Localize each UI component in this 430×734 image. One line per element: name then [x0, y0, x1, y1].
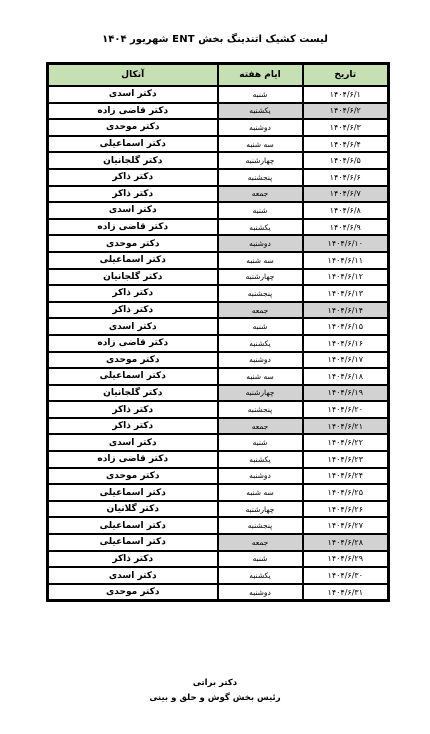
oncall-cell: دکتر موحدی — [48, 584, 218, 601]
weekday-cell: جمعه — [218, 418, 303, 435]
schedule-table-body: ۱۴۰۴/۶/۱شنبهدکتر اسدی۱۴۰۴/۶/۲یکشنبهدکتر … — [48, 86, 389, 601]
date-cell: ۱۴۰۴/۶/۳۱ — [303, 584, 389, 601]
weekday-cell: سه شنبه — [218, 252, 303, 269]
oncall-cell: دکتر ذاکر — [48, 551, 218, 568]
weekday-cell: دوشنبه — [218, 235, 303, 252]
date-cell: ۱۴۰۴/۶/۲۸ — [303, 534, 389, 551]
weekday-cell: دوشنبه — [218, 119, 303, 136]
date-cell: ۱۴۰۴/۶/۳۰ — [303, 567, 389, 584]
signature-name: دکتر براتی — [0, 676, 430, 691]
date-cell: ۱۴۰۴/۶/۱۱ — [303, 252, 389, 269]
schedule-table: تاریخ ایام هفته آنکال ۱۴۰۴/۶/۱شنبهدکتر ا… — [46, 62, 390, 602]
weekday-cell: سه شنبه — [218, 136, 303, 153]
date-cell: ۱۴۰۴/۶/۱۹ — [303, 385, 389, 402]
date-cell: ۱۴۰۴/۶/۲۳ — [303, 451, 389, 468]
weekday-cell: چهارشنبه — [218, 152, 303, 169]
table-row: ۱۴۰۴/۶/۱۹چهارشنبهدکتر گلجانیان — [48, 385, 389, 402]
oncall-cell: دکتر قاضی زاده — [48, 103, 218, 120]
weekday-cell: شنبه — [218, 434, 303, 451]
weekday-cell: یکشنبه — [218, 451, 303, 468]
oncall-cell: دکتر اسدی — [48, 567, 218, 584]
oncall-cell: دکتر اسماعیلی — [48, 252, 218, 269]
table-row: ۱۴۰۴/۶/۱۸سه شنبهدکتر اسماعیلی — [48, 368, 389, 385]
date-cell: ۱۴۰۴/۶/۶ — [303, 169, 389, 186]
oncall-cell: دکتر ذاکر — [48, 401, 218, 418]
date-cell: ۱۴۰۴/۶/۱۳ — [303, 285, 389, 302]
table-row: ۱۴۰۴/۶/۲۳یکشنبهدکتر قاضی زاده — [48, 451, 389, 468]
table-row: ۱۴۰۴/۶/۲۲شنبهدکتر اسدی — [48, 434, 389, 451]
table-row: ۱۴۰۴/۶/۱۵شنبهدکتر اسدی — [48, 318, 389, 335]
table-row: ۱۴۰۴/۶/۳۱دوشنبهدکتر موحدی — [48, 584, 389, 601]
date-cell: ۱۴۰۴/۶/۸ — [303, 202, 389, 219]
table-row: ۱۴۰۴/۶/۲۰پنجشنبهدکتر ذاکر — [48, 401, 389, 418]
table-row: ۱۴۰۴/۶/۲۶چهارشنبهدکتر گلانیان — [48, 501, 389, 518]
oncall-cell: دکتر موحدی — [48, 235, 218, 252]
weekday-cell: پنجشنبه — [218, 169, 303, 186]
oncall-cell: دکتر قاضی زاده — [48, 451, 218, 468]
oncall-cell: دکتر ذاکر — [48, 169, 218, 186]
table-row: ۱۴۰۴/۶/۲۷پنجشنبهدکتر اسماعیلی — [48, 517, 389, 534]
date-cell: ۱۴۰۴/۶/۱۴ — [303, 302, 389, 319]
date-cell: ۱۴۰۴/۶/۵ — [303, 152, 389, 169]
oncall-cell: دکتر اسماعیلی — [48, 484, 218, 501]
date-cell: ۱۴۰۴/۶/۷ — [303, 186, 389, 203]
date-cell: ۱۴۰۴/۶/۲۵ — [303, 484, 389, 501]
oncall-cell: دکتر قاضی زاده — [48, 335, 218, 352]
document-title: لیست کشیک اتندینگ بخش ENT شهریور ۱۴۰۴ — [0, 34, 430, 45]
table-row: ۱۴۰۴/۶/۱۴جمعهدکتر ذاکر — [48, 302, 389, 319]
oncall-cell: دکتر اسماعیلی — [48, 517, 218, 534]
date-cell: ۱۴۰۴/۶/۲۷ — [303, 517, 389, 534]
oncall-cell: دکتر اسدی — [48, 434, 218, 451]
document-page: لیست کشیک اتندینگ بخش ENT شهریور ۱۴۰۴ تا… — [0, 0, 430, 734]
table-row: ۱۴۰۴/۶/۲۹شنبهدکتر ذاکر — [48, 551, 389, 568]
oncall-cell: دکتر ذاکر — [48, 302, 218, 319]
date-cell: ۱۴۰۴/۶/۲۱ — [303, 418, 389, 435]
oncall-cell: دکتر گلجانیان — [48, 269, 218, 286]
oncall-cell: دکتر موحدی — [48, 468, 218, 485]
oncall-cell: دکتر گلجانیان — [48, 152, 218, 169]
weekday-cell: شنبه — [218, 202, 303, 219]
weekday-cell: دوشنبه — [218, 584, 303, 601]
weekday-cell: دوشنبه — [218, 468, 303, 485]
oncall-cell: دکتر اسماعیلی — [48, 368, 218, 385]
signature-block: دکتر براتی رئیس بخش گوش و حلق و بینی — [0, 676, 430, 706]
weekday-cell: شنبه — [218, 318, 303, 335]
date-cell: ۱۴۰۴/۶/۲۹ — [303, 551, 389, 568]
table-row: ۱۴۰۴/۶/۵چهارشنبهدکتر گلجانیان — [48, 152, 389, 169]
weekday-cell: شنبه — [218, 551, 303, 568]
date-cell: ۱۴۰۴/۶/۳ — [303, 119, 389, 136]
table-row: ۱۴۰۴/۶/۱شنبهدکتر اسدی — [48, 86, 389, 103]
weekday-cell: سه شنبه — [218, 484, 303, 501]
table-row: ۱۴۰۴/۶/۶پنجشنبهدکتر ذاکر — [48, 169, 389, 186]
table-header-row: تاریخ ایام هفته آنکال — [48, 64, 389, 87]
oncall-cell: دکتر ذاکر — [48, 285, 218, 302]
table-row: ۱۴۰۴/۶/۱۱سه شنبهدکتر اسماعیلی — [48, 252, 389, 269]
date-cell: ۱۴۰۴/۶/۲۴ — [303, 468, 389, 485]
weekday-cell: چهارشنبه — [218, 385, 303, 402]
oncall-cell: دکتر اسماعیلی — [48, 534, 218, 551]
date-cell: ۱۴۰۴/۶/۲۰ — [303, 401, 389, 418]
table-row: ۱۴۰۴/۶/۲یکشنبهدکتر قاضی زاده — [48, 103, 389, 120]
date-cell: ۱۴۰۴/۶/۱ — [303, 86, 389, 103]
table-row: ۱۴۰۴/۶/۴سه شنبهدکتر اسماعیلی — [48, 136, 389, 153]
oncall-cell: دکتر اسدی — [48, 318, 218, 335]
table-row: ۱۴۰۴/۶/۷جمعهدکتر ذاکر — [48, 186, 389, 203]
date-cell: ۱۴۰۴/۶/۴ — [303, 136, 389, 153]
weekday-cell: جمعه — [218, 302, 303, 319]
oncall-cell: دکتر گلجانیان — [48, 385, 218, 402]
oncall-cell: دکتر ذاکر — [48, 186, 218, 203]
date-cell: ۱۴۰۴/۶/۹ — [303, 219, 389, 236]
table-row: ۱۴۰۴/۶/۱۷دوشنبهدکتر موحدی — [48, 352, 389, 369]
date-cell: ۱۴۰۴/۶/۱۰ — [303, 235, 389, 252]
weekday-cell: چهارشنبه — [218, 501, 303, 518]
weekday-cell: پنجشنبه — [218, 517, 303, 534]
weekday-cell: یکشنبه — [218, 103, 303, 120]
weekday-cell: شنبه — [218, 86, 303, 103]
oncall-cell: دکتر موحدی — [48, 352, 218, 369]
weekday-cell: جمعه — [218, 534, 303, 551]
table-row: ۱۴۰۴/۶/۲۴دوشنبهدکتر موحدی — [48, 468, 389, 485]
table-row: ۱۴۰۴/۶/۳دوشنبهدکتر موحدی — [48, 119, 389, 136]
date-cell: ۱۴۰۴/۶/۲ — [303, 103, 389, 120]
table-row: ۱۴۰۴/۶/۱۰دوشنبهدکتر موحدی — [48, 235, 389, 252]
oncall-cell: دکتر اسماعیلی — [48, 136, 218, 153]
table-row: ۱۴۰۴/۶/۲۱جمعهدکتر ذاکر — [48, 418, 389, 435]
weekday-cell: پنجشنبه — [218, 285, 303, 302]
header-oncall: آنکال — [48, 64, 218, 87]
weekday-cell: یکشنبه — [218, 335, 303, 352]
weekday-cell: پنجشنبه — [218, 401, 303, 418]
table-row: ۱۴۰۴/۶/۹یکشنبهدکتر قاضی زاده — [48, 219, 389, 236]
date-cell: ۱۴۰۴/۶/۲۲ — [303, 434, 389, 451]
date-cell: ۱۴۰۴/۶/۱۸ — [303, 368, 389, 385]
signature-role: رئیس بخش گوش و حلق و بینی — [0, 691, 430, 706]
table-row: ۱۴۰۴/۶/۸شنبهدکتر اسدی — [48, 202, 389, 219]
oncall-cell: دکتر موحدی — [48, 119, 218, 136]
oncall-cell: دکتر اسدی — [48, 86, 218, 103]
weekday-cell: دوشنبه — [218, 352, 303, 369]
table-row: ۱۴۰۴/۶/۳۰یکشنبهدکتر اسدی — [48, 567, 389, 584]
weekday-cell: یکشنبه — [218, 567, 303, 584]
table-row: ۱۴۰۴/۶/۱۲چهارشنبهدکتر گلجانیان — [48, 269, 389, 286]
weekday-cell: چهارشنبه — [218, 269, 303, 286]
oncall-cell: دکتر قاضی زاده — [48, 219, 218, 236]
date-cell: ۱۴۰۴/۶/۲۶ — [303, 501, 389, 518]
date-cell: ۱۴۰۴/۶/۱۲ — [303, 269, 389, 286]
oncall-cell: دکتر ذاکر — [48, 418, 218, 435]
table-row: ۱۴۰۴/۶/۲۸جمعهدکتر اسماعیلی — [48, 534, 389, 551]
oncall-cell: دکتر گلانیان — [48, 501, 218, 518]
table-row: ۱۴۰۴/۶/۱۳پنجشنبهدکتر ذاکر — [48, 285, 389, 302]
header-weekday: ایام هفته — [218, 64, 303, 87]
table-row: ۱۴۰۴/۶/۲۵سه شنبهدکتر اسماعیلی — [48, 484, 389, 501]
weekday-cell: سه شنبه — [218, 368, 303, 385]
date-cell: ۱۴۰۴/۶/۱۶ — [303, 335, 389, 352]
table-row: ۱۴۰۴/۶/۱۶یکشنبهدکتر قاضی زاده — [48, 335, 389, 352]
date-cell: ۱۴۰۴/۶/۱۷ — [303, 352, 389, 369]
weekday-cell: جمعه — [218, 186, 303, 203]
oncall-cell: دکتر اسدی — [48, 202, 218, 219]
header-date: تاریخ — [303, 64, 389, 87]
date-cell: ۱۴۰۴/۶/۱۵ — [303, 318, 389, 335]
weekday-cell: یکشنبه — [218, 219, 303, 236]
